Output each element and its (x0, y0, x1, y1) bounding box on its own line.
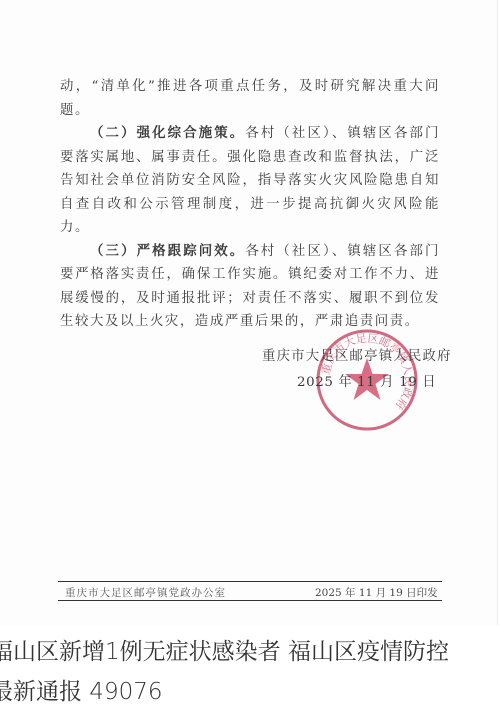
paragraph-section-2: （二）强化综合施策。各村（社区）、镇辖区各部门要落实属地、属事责任。强化隐患查改… (60, 122, 440, 240)
signature-date: 2025 年 11 月 19 日 (297, 371, 436, 390)
document-body: 动，“清单化”推进各项重点任务，及时研究解决重大问题。 （二）强化综合施策。各村… (60, 75, 440, 334)
section-2-text: 各村（社区）、镇辖区各部门要落实属地、属事责任。强化隐患查改和监督执法，广泛告知… (60, 126, 440, 235)
footer-print-date: 2025 年 11 月 19 日印发 (315, 585, 438, 600)
footer-office: 重庆市大足区邮亭镇党政办公室 (65, 585, 226, 600)
image-caption: 福山区新增1例无症状感染者 福山区疫情防控 最新通报 49076 (0, 632, 500, 707)
caption-line-1: 福山区新增1例无症状感染者 福山区疫情防控 (0, 632, 500, 672)
paragraph-section-3: （三）严格跟踪问效。各村（社区）、镇辖区各部门要严格落实责任，确保工作实施。镇纪… (60, 240, 440, 334)
footer-top-rule (58, 581, 442, 582)
footer-bottom-rule (58, 600, 442, 601)
section-3-heading: （三）严格跟踪问效。 (90, 243, 245, 259)
issuer-signature: 重庆市大足区邮亭镇人民政府 (262, 345, 452, 364)
document-page: 动，“清单化”推进各项重点任务，及时研究解决重大问题。 （二）强化综合施策。各村… (0, 0, 498, 625)
section-2-heading: （二）强化综合施策。 (90, 125, 245, 141)
paragraph-continuation: 动，“清单化”推进各项重点任务，及时研究解决重大问题。 (60, 75, 440, 122)
caption-line-2: 最新通报 49076 (0, 672, 500, 707)
